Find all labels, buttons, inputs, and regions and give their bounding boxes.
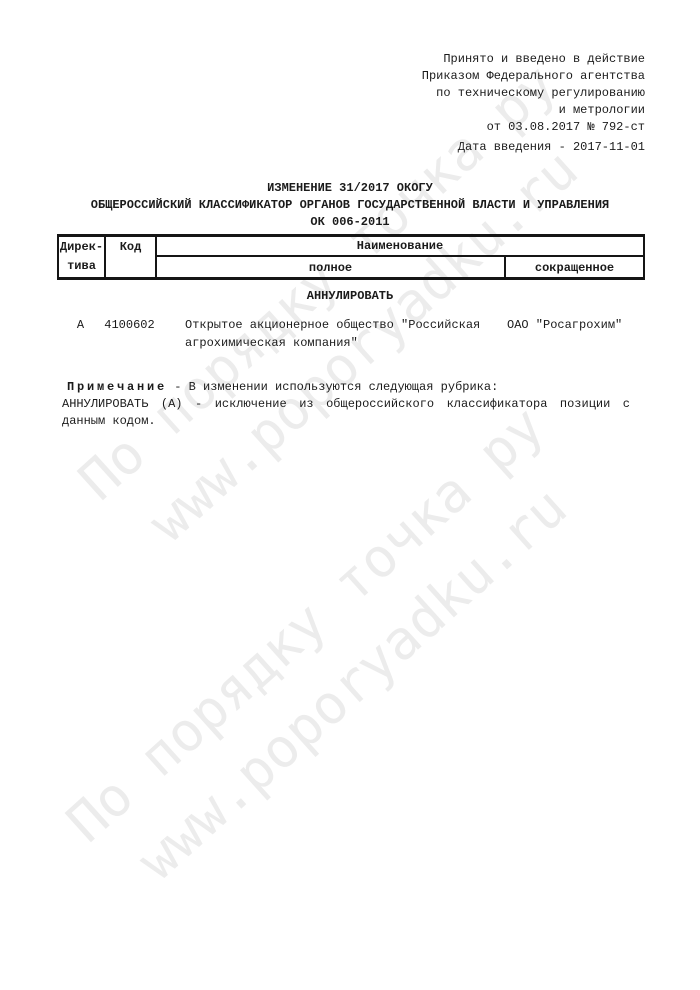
note-intro-text: - В изменении используются следующая руб…: [174, 380, 498, 394]
column-header-directive-line1: Дирек-: [59, 238, 104, 257]
note-block: Примечание - В изменении используются сл…: [62, 379, 630, 430]
title-line-change-number: ИЗМЕНЕНИЕ 31/2017 ОКОГУ: [0, 180, 700, 197]
note-label: Примечание: [67, 380, 167, 394]
column-header-full-name: полное: [157, 257, 506, 277]
approval-order-line: от 03.08.2017 № 792-ст: [422, 119, 645, 136]
column-header-name: Наименование: [157, 237, 643, 257]
approval-line: Принято и введено в действие: [422, 51, 645, 68]
note-line2: АННУЛИРОВАТЬ (А) - исключение из общерос…: [62, 396, 630, 413]
document-page: По порядку точка ру www.poporyadku.ru По…: [0, 0, 700, 990]
row-short-name: ОАО "Росагрохим": [507, 317, 622, 334]
approval-line: по техническому регулированию: [422, 85, 645, 102]
row-directive-value: А: [57, 317, 104, 334]
approval-line: Приказом Федерального агентства: [422, 68, 645, 85]
note-line1: Примечание - В изменении используются сл…: [62, 379, 630, 396]
column-header-code: Код: [106, 237, 157, 277]
row-full-name-line1: Открытое акционерное общество "Российска…: [185, 317, 480, 335]
column-header-name-subrow: полное сокращенное: [157, 257, 643, 277]
column-header-directive: Дирек- тива: [59, 237, 106, 277]
introduction-date: Дата введения - 2017-11-01: [422, 139, 645, 156]
document-title: ИЗМЕНЕНИЕ 31/2017 ОКОГУ ОБЩЕРОССИЙСКИЙ К…: [0, 180, 700, 231]
row-full-name-line2: агрохимическая компания": [185, 335, 480, 353]
approval-line: и метрологии: [422, 102, 645, 119]
note-line3: данным кодом.: [62, 413, 630, 430]
title-line-ok-code: ОК 006-2011: [0, 214, 700, 231]
section-annul-label: АННУЛИРОВАТЬ: [0, 288, 700, 305]
column-header-short-name: сокращенное: [506, 257, 643, 277]
column-header-name-group: Наименование полное сокращенное: [157, 237, 643, 277]
approval-block: Принято и введено в действие Приказом Фе…: [422, 51, 645, 156]
title-line-classifier-name: ОБЩЕРОССИЙСКИЙ КЛАССИФИКАТОР ОРГАНОВ ГОС…: [0, 197, 700, 214]
classifier-table-header: Дирек- тива Код Наименование полное сокр…: [57, 234, 645, 280]
column-header-directive-line2: тива: [59, 257, 104, 276]
row-code-value: 4100602: [104, 317, 155, 334]
row-full-name: Открытое акционерное общество "Российска…: [185, 317, 480, 352]
